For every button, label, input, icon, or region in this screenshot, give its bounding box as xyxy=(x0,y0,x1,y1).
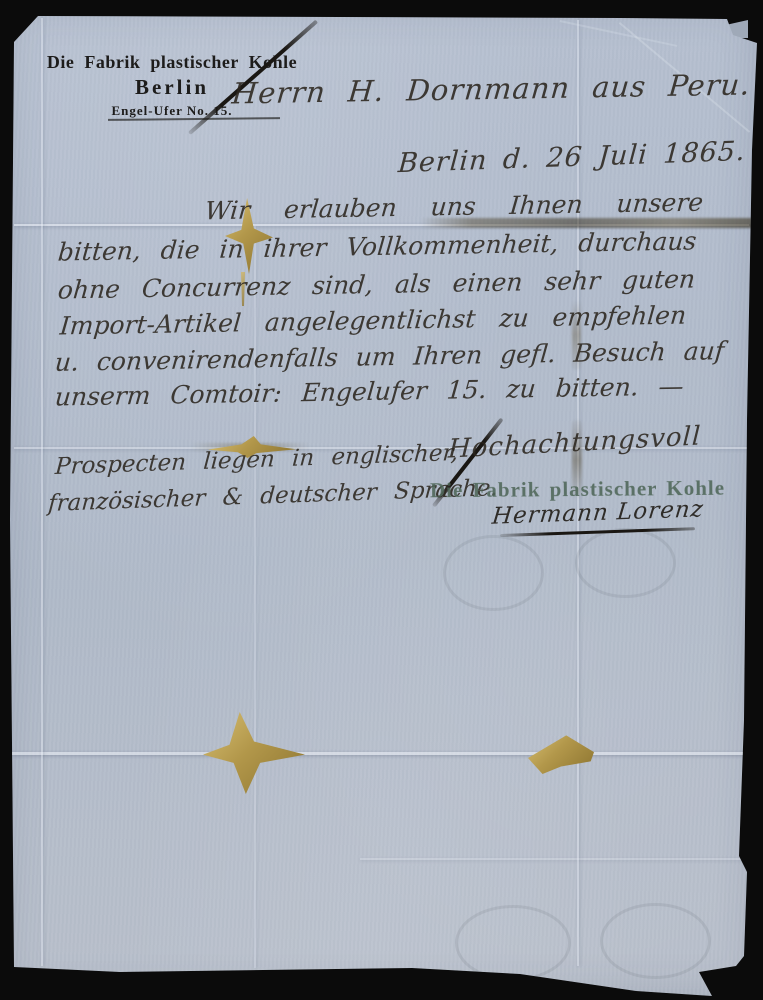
handwritten-body-line: bitten, die in ihrer Vollkommenheit, dur… xyxy=(57,226,698,266)
wax-seal-mark xyxy=(528,732,594,774)
handwritten-body-line: unserm Comtoir: Engelufer 15. zu bitten.… xyxy=(54,371,685,411)
handwritten-dateline: Berlin d. 26 Juli 1865. xyxy=(397,136,747,179)
water-stain xyxy=(443,535,544,611)
vertical-fold-line xyxy=(254,226,256,968)
letter-paper: Die Fabrik plastischer Kohle Berlin Enge… xyxy=(0,0,763,1000)
horizontal-fold-line xyxy=(12,752,750,755)
handwritten-addressee: Herrn H. Dornmann aus Peru. xyxy=(231,67,753,110)
water-stain xyxy=(600,903,711,979)
scanner-background: Die Fabrik plastischer Kohle Berlin Enge… xyxy=(0,0,763,1000)
handwritten-body-line: Import-Artikel angelegentlichst zu empfe… xyxy=(59,301,688,341)
horizontal-fold-line xyxy=(360,858,745,860)
water-stain xyxy=(575,528,676,598)
vertical-fold-line xyxy=(41,18,43,966)
handwritten-body-line: ohne Concurrenz sind, als einen sehr gut… xyxy=(57,264,697,304)
handwritten-body-line: u. convenirendenfalls um Ihren gefl. Bes… xyxy=(54,336,726,377)
water-stain xyxy=(455,905,571,981)
